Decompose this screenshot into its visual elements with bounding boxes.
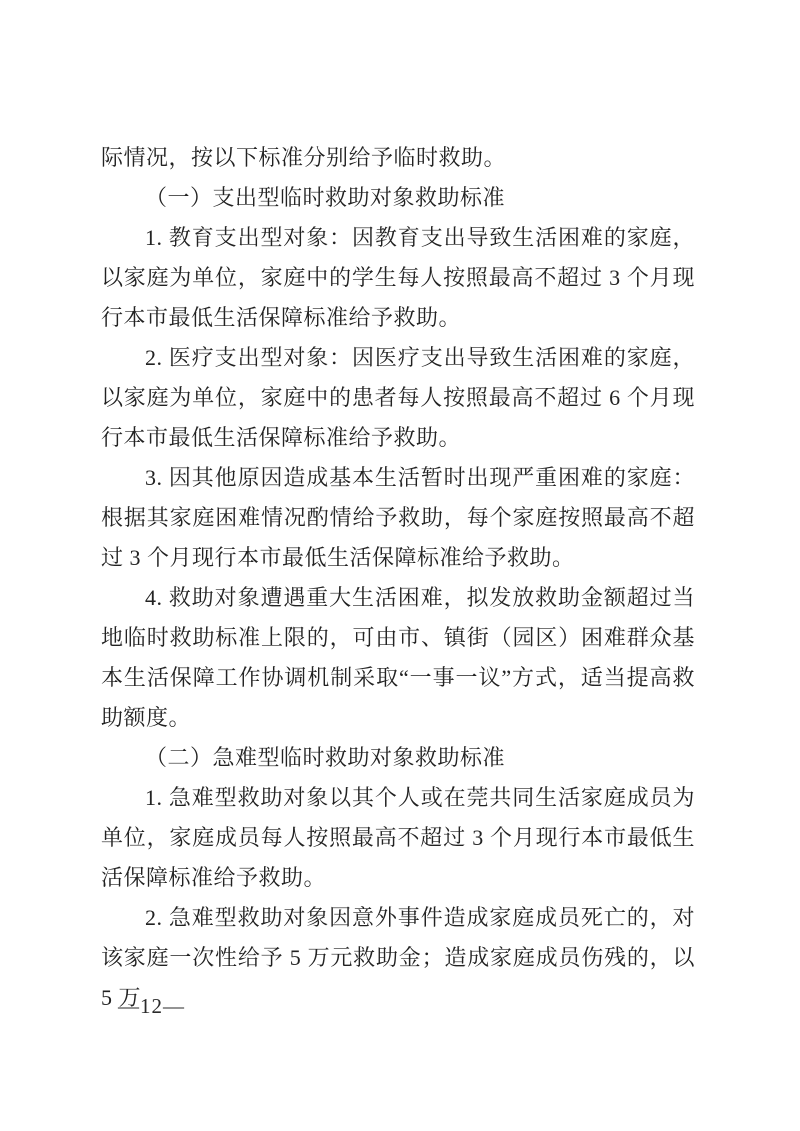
document-body: 际情况，按以下标准分别给予临时救助。（一）支出型临时救助对象救助标准1. 教育支… (101, 138, 695, 1018)
paragraph: 2. 医疗支出型对象：因医疗支出导致生活困难的家庭，以家庭为单位，家庭中的患者每… (101, 338, 695, 458)
paragraph: 1. 急难型救助对象以其个人或在莞共同生活家庭成员为单位，家庭成员每人按照最高不… (101, 778, 695, 898)
paragraph: 2. 急难型救助对象因意外事件造成家庭成员死亡的，对该家庭一次性给予 5 万元救… (101, 898, 695, 1018)
page-number: —12— (118, 992, 185, 1020)
paragraph: 1. 教育支出型对象：因教育支出导致生活困难的家庭，以家庭为单位，家庭中的学生每… (101, 218, 695, 338)
paragraph: 4. 救助对象遭遇重大生活困难，拟发放救助金额超过当地临时救助标准上限的，可由市… (101, 578, 695, 738)
document-page: 际情况，按以下标准分别给予临时救助。（一）支出型临时救助对象救助标准1. 教育支… (0, 0, 800, 1131)
paragraph: 际情况，按以下标准分别给予临时救助。 (101, 138, 695, 178)
paragraph: （二）急难型临时救助对象救助标准 (101, 738, 695, 778)
paragraph: 3. 因其他原因造成基本生活暂时出现严重困难的家庭：根据其家庭困难情况酌情给予救… (101, 458, 695, 578)
paragraph: （一）支出型临时救助对象救助标准 (101, 178, 695, 218)
